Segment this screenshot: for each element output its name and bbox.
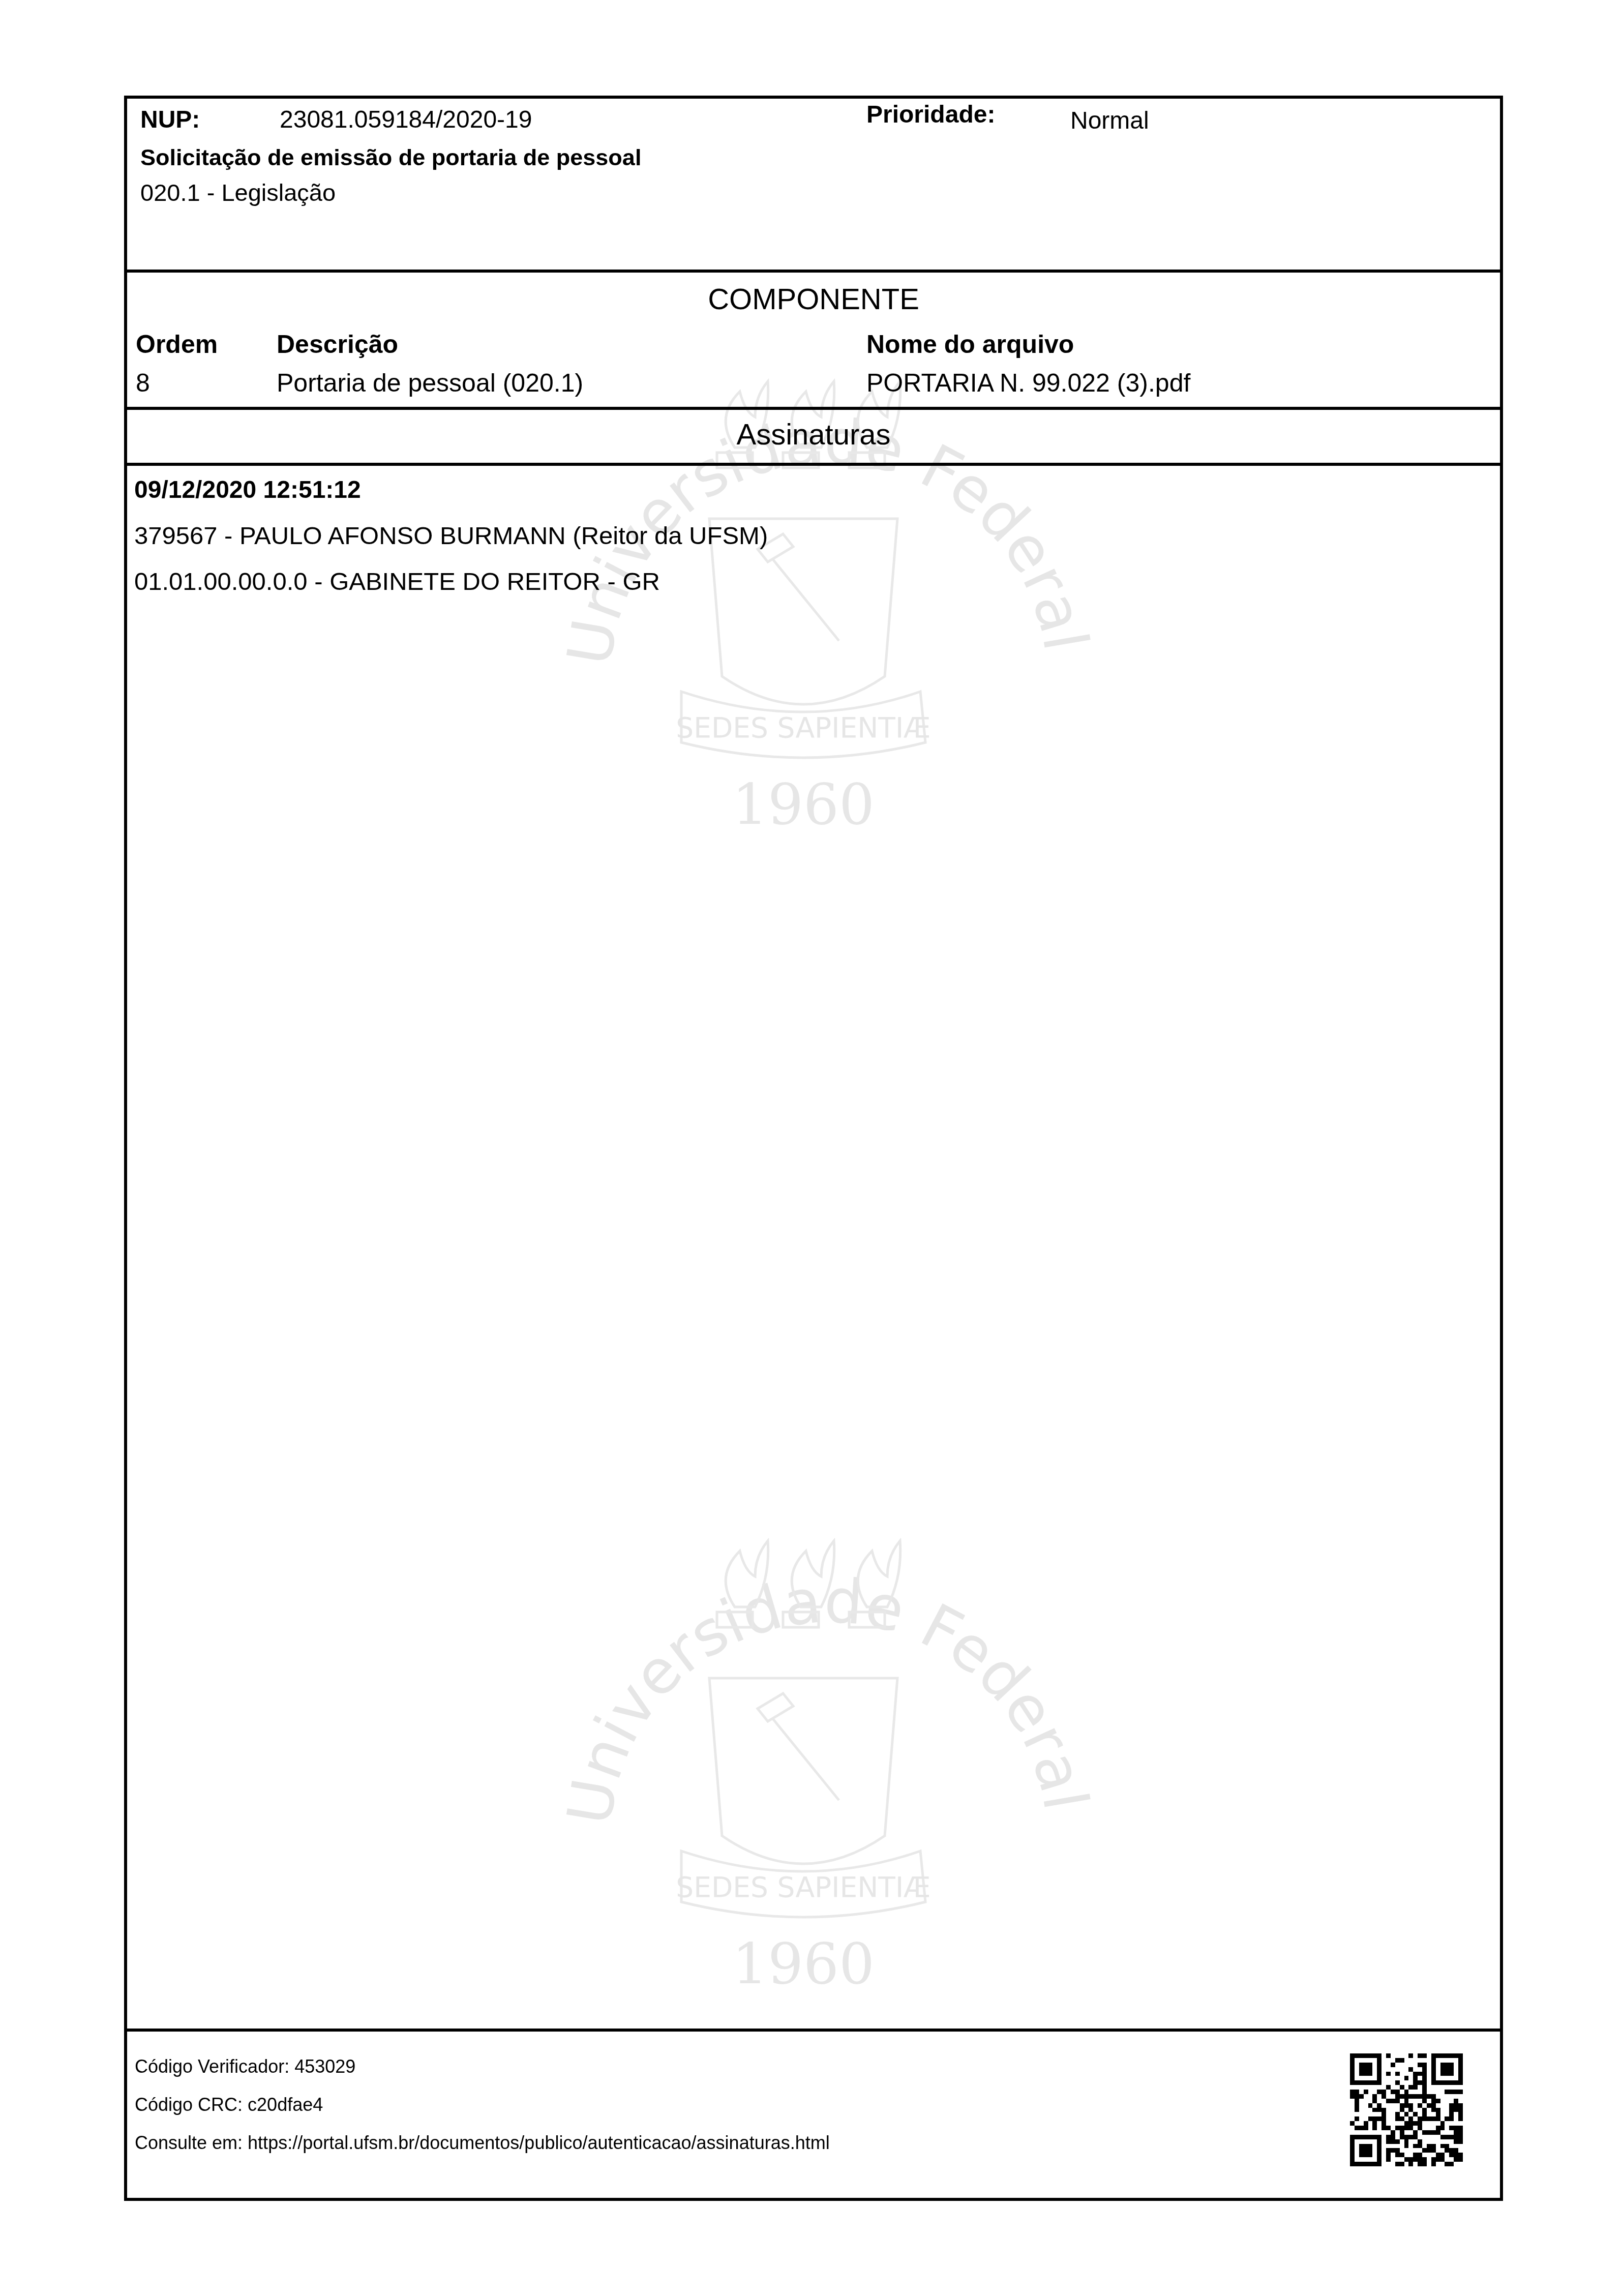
priority-value: Normal: [1070, 109, 1149, 133]
signature-unit: 01.01.00.00.0.0 - GABINETE DO REITOR - G…: [134, 570, 660, 594]
nup-value: 23081.059184/2020-19: [280, 108, 532, 132]
signature-signer: 379567 - PAULO AFONSO BURMANN (Reitor da…: [134, 524, 768, 549]
component-title: COMPONENTE: [124, 285, 1503, 314]
document-frame: [124, 96, 1503, 2201]
cell-arquivo-link[interactable]: PORTARIA N. 99.022 (3).pdf: [866, 370, 1190, 396]
cell-ordem: 8: [136, 370, 150, 396]
cell-descricao: Portaria de pessoal (020.1): [277, 370, 583, 396]
verifier-code: Código Verificador: 453029: [135, 2058, 355, 2076]
document-classification: 020.1 - Legislação: [140, 181, 336, 204]
column-descricao: Descrição: [277, 332, 398, 357]
crc-code: Código CRC: c20dfae4: [135, 2096, 323, 2114]
column-nome-arquivo: Nome do arquivo: [866, 332, 1074, 357]
document-subject: Solicitação de emissão de portaria de pe…: [140, 146, 641, 169]
signature-datetime: 09/12/2020 12:51:12: [134, 478, 361, 502]
header-divider: [124, 270, 1503, 273]
footer-divider: [124, 2029, 1503, 2032]
qr-code-icon: [1350, 2053, 1463, 2166]
consult-link[interactable]: Consulte em: https://portal.ufsm.br/docu…: [135, 2134, 830, 2152]
column-ordem: Ordem: [136, 332, 218, 357]
signatures-title-divider: [124, 463, 1503, 466]
signatures-title: Assinaturas: [124, 420, 1503, 450]
component-divider: [124, 407, 1503, 410]
nup-label: NUP:: [140, 108, 200, 132]
priority-label: Prioridade:: [866, 103, 995, 127]
